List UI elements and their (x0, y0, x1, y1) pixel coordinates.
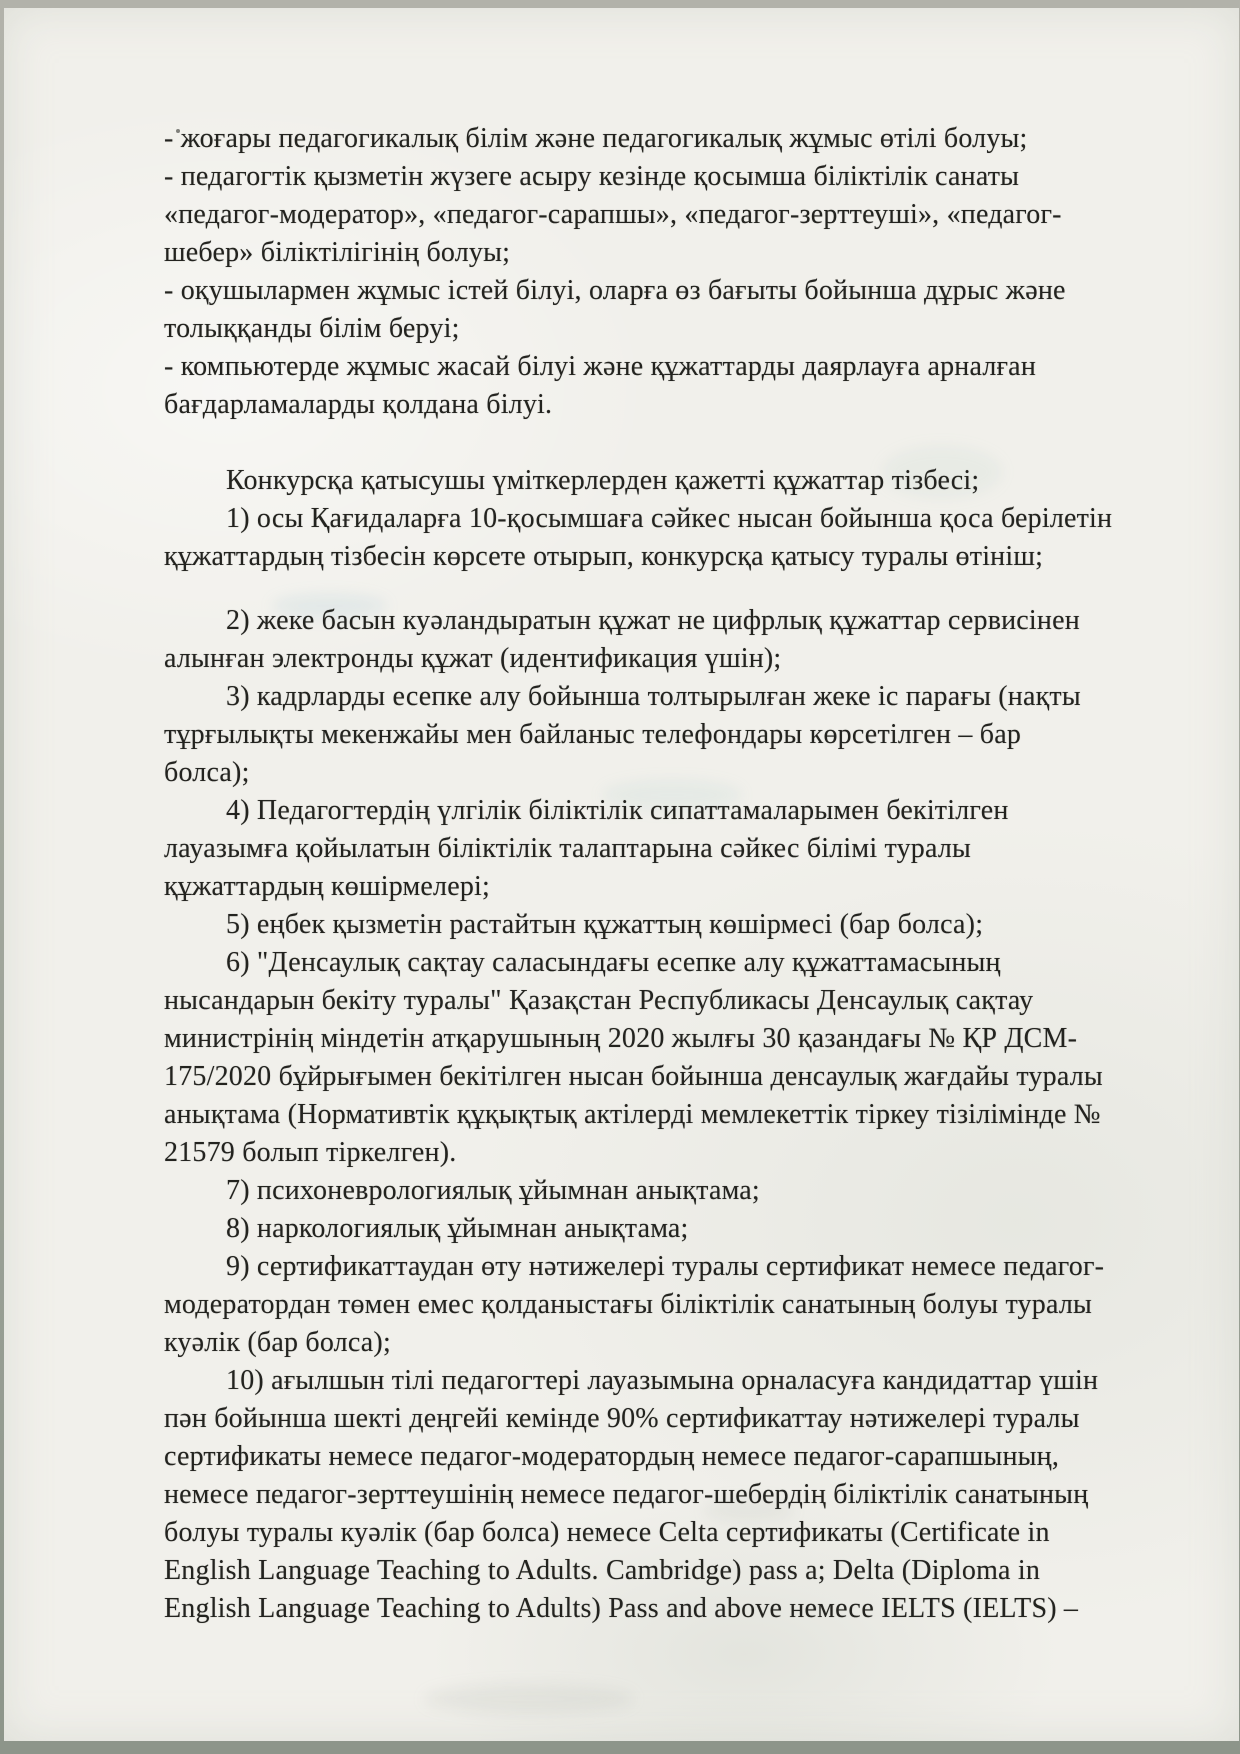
text-line: - педагогтік қызметін жүзеге асыру кезін… (164, 158, 1120, 196)
document-text: - жоғары педагогикалық білім және педаго… (164, 120, 1120, 1628)
text-line: 3) кадрларды есепке алу бойынша толтырыл… (164, 678, 1120, 716)
text-line: нысандарын бекіту туралы" Қазақстан Респ… (164, 982, 1120, 1020)
text-line: 1) осы Қағидаларға 10-қосымшаға сәйкес н… (164, 500, 1120, 538)
text-line: - компьютерде жұмыс жасай білуі және құж… (164, 348, 1120, 386)
text-line: алынған электронды құжат (идентификация … (164, 640, 1120, 678)
text-line: сертификаты немесе педагог-модератордың … (164, 1438, 1120, 1476)
text-line: 21579 болып тіркелген). (164, 1134, 1120, 1172)
text-line: 9) сертификаттаудан өту нәтижелері турал… (164, 1248, 1120, 1286)
text-line: куәлік (бар болса); (164, 1324, 1120, 1362)
text-line: модератордан төмен емес қолданыстағы біл… (164, 1286, 1120, 1324)
text-line: құжаттардың тізбесін көрсете отырып, кон… (164, 538, 1120, 576)
text-line: немесе педагог-зерттеушінің немесе педаг… (164, 1476, 1120, 1514)
text-line: лауазымға қойылатын біліктілік талаптары… (164, 830, 1120, 868)
text-line: пән бойынша шекті деңгейі кемінде 90% се… (164, 1400, 1120, 1438)
text-line: шебер» біліктілігінің болуы; (164, 234, 1120, 272)
text-line: министрінің міндетін атқарушының 2020 жы… (164, 1020, 1120, 1058)
text-line: толыққанды білім беруі; (164, 310, 1120, 348)
ink-bleed-smudge (424, 1684, 634, 1714)
text-line: 10) ағылшын тілі педагогтері лауазымына … (164, 1362, 1120, 1400)
text-line: 2) жеке басын куәландыратын құжат не циф… (164, 602, 1120, 640)
text-line: болуы туралы куәлік (бар болса) немесе C… (164, 1514, 1120, 1552)
text-line: анықтама (Нормативтік құқықтық актілерді… (164, 1096, 1120, 1134)
text-line: English Language Teaching to Adults) Pas… (164, 1590, 1120, 1628)
text-line: English Language Teaching to Adults. Cam… (164, 1552, 1120, 1590)
scanned-page: - жоғары педагогикалық білім және педаго… (4, 8, 1239, 1741)
text-line: тұрғылықты мекенжайы мен байланыс телефо… (164, 716, 1120, 754)
text-line: құжаттардың көшірмелері; (164, 868, 1120, 906)
text-line: бағдарламаларды қолдана білуі. (164, 386, 1120, 424)
text-line: 175/2020 бұйрығымен бекітілген нысан бой… (164, 1058, 1120, 1096)
text-line: 4) Педагогтердің үлгілік біліктілік сипа… (164, 792, 1120, 830)
text-line: «педагог-модератор», «педагог-сарапшы», … (164, 196, 1120, 234)
text-line: болса); (164, 754, 1120, 792)
text-line: 6) "Денсаулық сақтау саласындағы есепке … (164, 944, 1120, 982)
text-line: - оқушылармен жұмыс істей білуі, оларға … (164, 272, 1120, 310)
text-line: 8) наркологиялық ұйымнан анықтама; (164, 1210, 1120, 1248)
text-line: Конкурсқа қатысушы үміткерлерден қажетті… (164, 462, 1120, 500)
text-line: 5) еңбек қызметін растайтын құжаттың көш… (164, 906, 1120, 944)
text-line: 7) психоневрологиялық ұйымнан анықтама; (164, 1172, 1120, 1210)
text-line: - жоғары педагогикалық білім және педаго… (164, 120, 1120, 158)
